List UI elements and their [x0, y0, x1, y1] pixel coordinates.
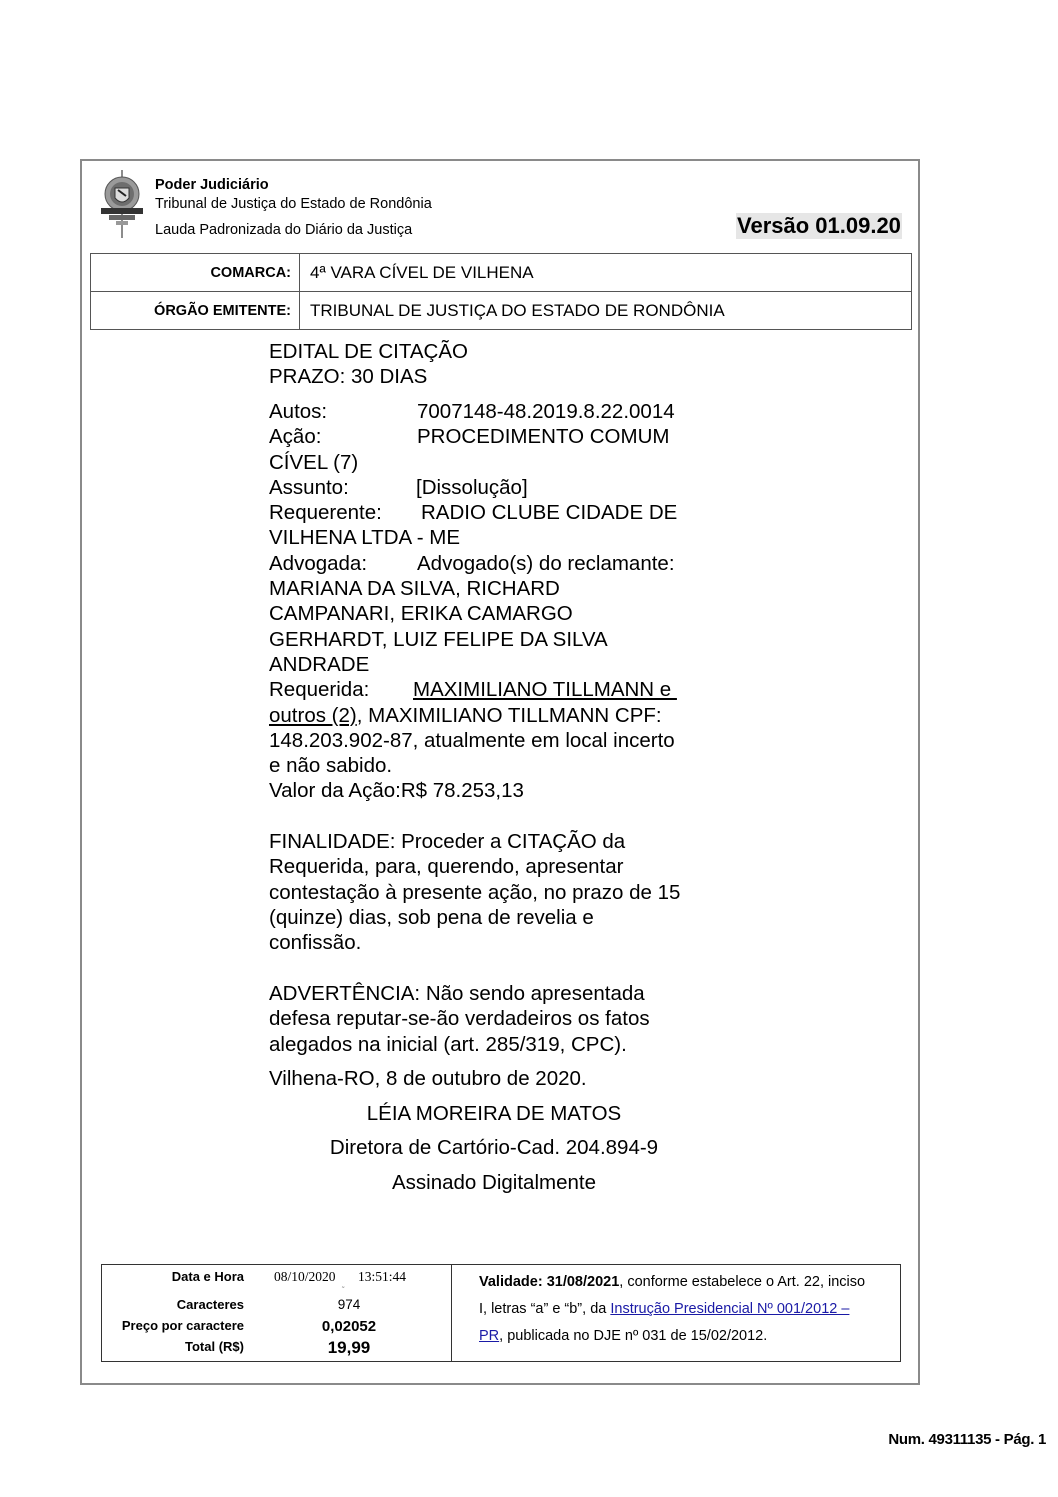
autos-label: Autos:	[269, 399, 417, 424]
comarca-value: 4ª VARA CÍVEL DE VILHENA	[300, 254, 912, 292]
acao-label: Ação:	[269, 424, 417, 449]
finalidade-line: confissão.	[269, 930, 719, 955]
table-row: COMARCA: 4ª VARA CÍVEL DE VILHENA	[91, 254, 912, 292]
advertencia-line: defesa reputar-se-ão verdadeiros os fato…	[269, 1006, 719, 1031]
info-table: COMARCA: 4ª VARA CÍVEL DE VILHENA ÓRGÃO …	[90, 253, 912, 330]
coat-of-arms-icon	[99, 168, 145, 240]
advertencia-line: ADVERTÊNCIA: Não sendo apresentada	[269, 981, 719, 1006]
valor-acao: Valor da Ação:R$ 78.253,13	[269, 778, 719, 803]
validity-text: I, letras “a” e “b”, da	[479, 1301, 610, 1317]
finalidade-line: FINALIDADE: Proceder a CITAÇÃO da	[269, 829, 719, 854]
requerida-label: Requerida:	[269, 677, 413, 702]
assunto-value: [Dissolução]	[416, 476, 528, 499]
validity-date: Validade: 31/08/2021	[479, 1274, 619, 1290]
table-row: ÓRGÃO EMITENTE: TRIBUNAL DE JUSTIÇA DO E…	[91, 292, 912, 330]
advogada-label: Advogada:	[269, 551, 417, 576]
advogada-line: CAMPANARI, ERIKA CAMARGO	[269, 601, 719, 626]
requerida-link[interactable]: MAXIMILIANO TILLMANN e	[413, 678, 677, 701]
datetime-label: Data e Hora	[172, 1269, 244, 1284]
advogada-line: ANDRADE	[269, 652, 719, 677]
separator-mark: ˷	[342, 1281, 344, 1288]
signer-name: LÉIA MOREIRA DE MATOS	[269, 1101, 719, 1126]
header-title: Poder Judiciário	[155, 177, 269, 193]
chars-label: Caracteres	[177, 1297, 244, 1312]
requerente-label: Requerente:	[269, 500, 421, 525]
price-label: Preço por caractere	[122, 1318, 244, 1333]
edital-prazo: PRAZO: 30 DIAS	[269, 364, 719, 389]
orgao-label: ÓRGÃO EMITENTE:	[91, 292, 300, 330]
assunto-label: Assunto:	[269, 475, 416, 500]
advogada-line: MARIANA DA SILVA, RICHARD	[269, 576, 719, 601]
time-value: 13:51:44	[358, 1269, 406, 1285]
orgao-value: TRIBUNAL DE JUSTIÇA DO ESTADO DE RONDÔNI…	[300, 292, 912, 330]
fee-table: Data e Hora 08/10/2020 13:51:44 ˷ Caract…	[102, 1265, 452, 1361]
finalidade-line: (quinze) dias, sob pena de revelia e	[269, 905, 719, 930]
version-badge: Versão 01.09.20	[736, 213, 902, 239]
date-value: 08/10/2020	[274, 1269, 336, 1285]
edital-heading: EDITAL DE CITAÇÃO PRAZO: 30 DIAS	[269, 339, 719, 390]
requerida-line: e não sabido.	[269, 753, 719, 778]
validity-text: , conforme estabelece o Art. 22, inciso	[619, 1274, 865, 1290]
signer-role: Diretora de Cartório-Cad. 204.894-9	[269, 1135, 719, 1160]
acao-value: PROCEDIMENTO COMUM	[417, 425, 669, 448]
total-value: 19,99	[274, 1338, 424, 1358]
acao-value-cont: CÍVEL (7)	[269, 450, 719, 475]
requerente-value-cont: VILHENA LTDA - ME	[269, 525, 719, 550]
advogada-value: Advogado(s) do reclamante:	[417, 552, 675, 575]
signature-note: Assinado Digitalmente	[269, 1170, 719, 1195]
fee-box: Data e Hora 08/10/2020 13:51:44 ˷ Caract…	[101, 1264, 901, 1362]
autos-value: 7007148-48.2019.8.22.0014	[417, 400, 675, 423]
case-details: Autos:7007148-48.2019.8.22.0014 Ação:PRO…	[269, 399, 719, 804]
finalidade-paragraph: FINALIDADE: Proceder a CITAÇÃO da Requer…	[269, 829, 719, 955]
header-lauda: Lauda Padronizada do Diário da Justiça	[155, 222, 412, 238]
requerente-value: RADIO CLUBE CIDADE DE	[421, 501, 677, 524]
advertencia-line: alegados na inicial (art. 285/319, CPC).	[269, 1032, 719, 1057]
price-value: 0,02052	[274, 1318, 424, 1335]
validity-note: Validade: 31/08/2021, conforme estabelec…	[479, 1269, 899, 1350]
requerida-link-cont[interactable]: outros (2)	[269, 704, 357, 727]
finalidade-line: Requerida, para, querendo, apresentar	[269, 854, 719, 879]
chars-value: 974	[274, 1297, 424, 1312]
page-number: Num. 49311135 - Pág. 1	[888, 1431, 1046, 1448]
header-subtitle: Tribunal de Justiça do Estado de Rondôni…	[155, 196, 432, 212]
requerida-line: 148.203.902-87, atualmente em local ince…	[269, 728, 719, 753]
comarca-label: COMARCA:	[91, 254, 300, 292]
total-label: Total (R$)	[185, 1339, 244, 1354]
advogada-line: GERHARDT, LUIZ FELIPE DA SILVA	[269, 627, 719, 652]
instrucao-link-cont[interactable]: PR	[479, 1328, 499, 1344]
local-data: Vilhena-RO, 8 de outubro de 2020.	[269, 1066, 719, 1091]
validity-text: , publicada no DJE nº 031 de 15/02/2012.	[499, 1328, 767, 1344]
instrucao-link[interactable]: Instrução Presidencial Nº 001/2012 –	[610, 1301, 849, 1317]
advertencia-paragraph: ADVERTÊNCIA: Não sendo apresentada defes…	[269, 981, 719, 1057]
edital-title: EDITAL DE CITAÇÃO	[269, 339, 719, 364]
requerida-rest: , MAXIMILIANO TILLMANN CPF:	[357, 704, 662, 727]
finalidade-line: contestação à presente ação, no prazo de…	[269, 880, 719, 905]
